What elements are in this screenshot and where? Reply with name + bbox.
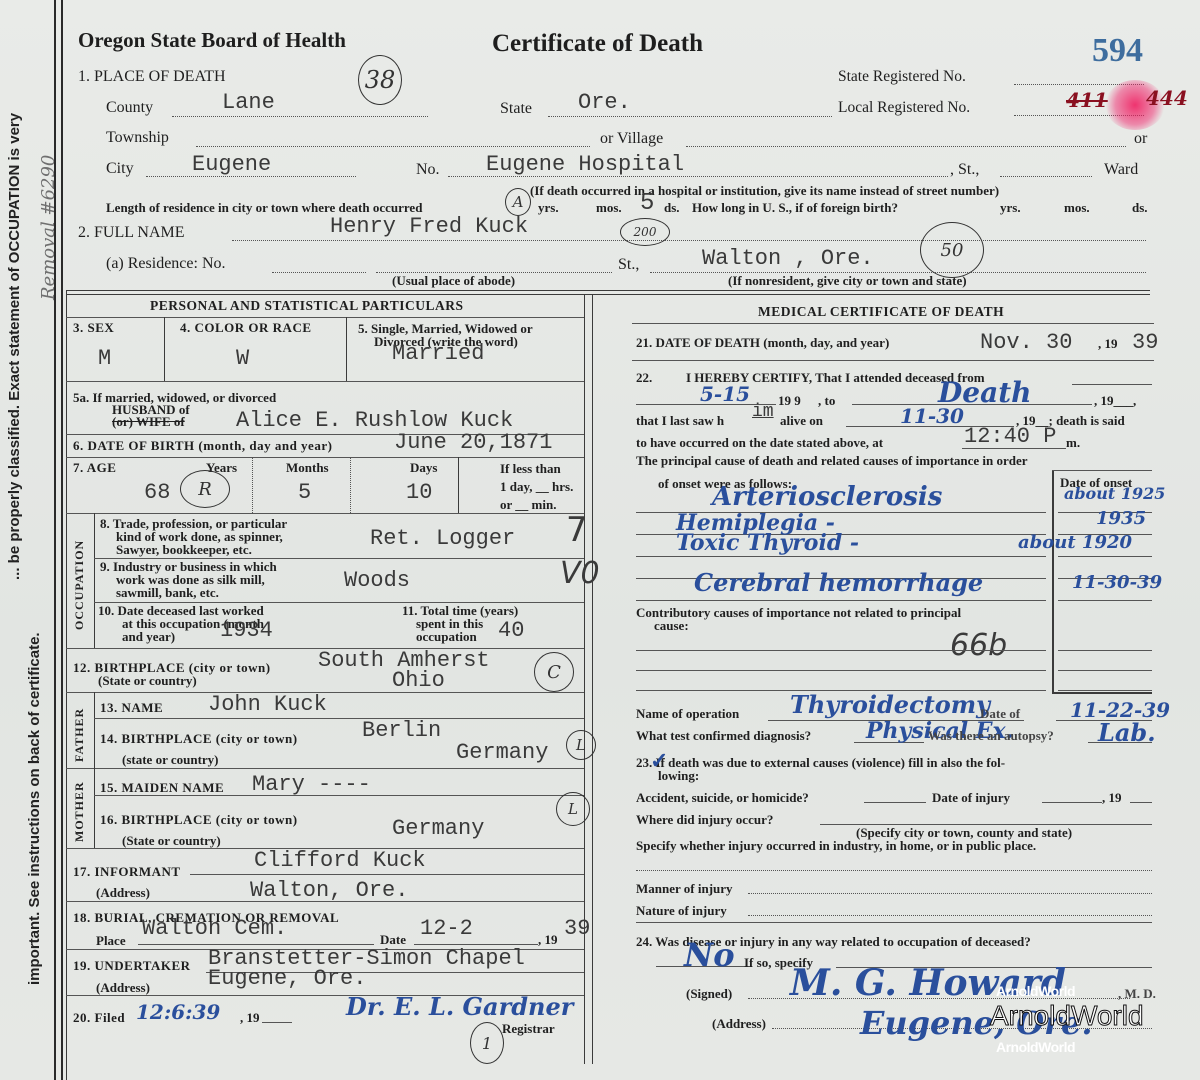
- state-label: State: [500, 100, 532, 118]
- contrib-line: [636, 670, 1046, 671]
- operation-label: Name of operation: [636, 706, 739, 722]
- circled-c: C: [534, 652, 574, 692]
- last-saw-pronoun: im: [752, 402, 774, 422]
- cell-divider: [252, 457, 253, 513]
- birthplace-label-2: (State or country): [98, 673, 197, 689]
- row-line: [94, 718, 584, 719]
- occupation-side-label: OCCUPATION: [72, 540, 87, 630]
- specify-label: Specify whether injury occurred in indus…: [636, 838, 1036, 854]
- medical-section-title: MEDICAL CERTIFICATE OF DEATH: [758, 304, 1004, 320]
- age-days-value: 10: [406, 480, 432, 505]
- accident-label: Accident, suicide, or homicide?: [636, 790, 809, 806]
- state-value: Ore.: [578, 90, 631, 115]
- onset-box-bottom: [1052, 692, 1152, 694]
- mother-birthplace-country: Germany: [392, 816, 484, 841]
- physician-address-label: (Address): [712, 1016, 766, 1032]
- circled-l-mother: L: [556, 792, 590, 826]
- less-day-3: or __ min.: [500, 497, 556, 513]
- trade-value: Ret. Logger: [370, 526, 515, 551]
- township-line: [196, 146, 590, 147]
- injury-date-label: Date of injury: [932, 790, 1010, 806]
- full-name-value: Henry Fred Kuck: [330, 214, 528, 239]
- undertaker-address-label: (Address): [96, 980, 150, 996]
- cause-5: Cerebral hemorrhage: [694, 568, 983, 597]
- full-name-line: [232, 240, 1146, 241]
- residence-st-label: St.,: [618, 256, 639, 274]
- row-line: [66, 381, 584, 382]
- filed-date: 12:6:39: [136, 1000, 220, 1024]
- contrib-onset-line: [1058, 670, 1152, 671]
- father-side-divider: [94, 692, 95, 768]
- informant-line: [190, 874, 584, 875]
- row-line: [66, 513, 584, 514]
- principal-cause-label: The principal cause of death and related…: [636, 453, 1028, 469]
- days-label: Days: [410, 460, 437, 476]
- foreign-birth-label: How long in U. S., if of foreign birth?: [692, 200, 898, 216]
- manner-line: [748, 893, 1152, 894]
- onset-1: about 1925: [1064, 484, 1165, 503]
- trade-label-3: Sawyer, bookkeeper, etc.: [116, 542, 252, 558]
- burial-year-prefix: , 19: [538, 932, 558, 948]
- last-worked-label-3: and year): [122, 629, 175, 645]
- county-line: [172, 116, 428, 117]
- industry-label-3: sawmill, bank, etc.: [116, 585, 219, 601]
- marital-value: Married: [392, 341, 484, 366]
- signed-label: (Signed): [686, 986, 732, 1002]
- test-label: What test confirmed diagnosis?: [636, 728, 811, 744]
- father-name-label: 13. NAME: [100, 700, 163, 716]
- cause-line: [636, 556, 1046, 557]
- cell-divider: [346, 317, 347, 381]
- local-registered-value: 444: [1146, 86, 1188, 110]
- yrs-label: yrs.: [538, 200, 559, 216]
- onset-header-line: [1052, 470, 1152, 471]
- certify-line: [1072, 384, 1152, 385]
- death-certificate: ... be properly classified. Exact statem…: [0, 0, 1200, 1080]
- circled-r: R: [180, 470, 230, 508]
- section-divider: [66, 294, 1150, 295]
- cell-divider: [458, 457, 459, 513]
- industry-code: V0: [560, 556, 600, 591]
- cause-3: Toxic Thyroid -: [676, 530, 859, 556]
- filed-label: 20. Filed: [73, 1010, 125, 1026]
- street-no-label: No.: [416, 161, 440, 179]
- st-line: [1000, 176, 1092, 177]
- less-day-2: 1 day, __ hrs.: [500, 479, 573, 495]
- contrib-onset-line: [1058, 690, 1152, 691]
- full-name-label: 2. FULL NAME: [78, 224, 185, 242]
- ds-label-2: ds.: [1132, 200, 1148, 216]
- ward-label: Ward: [1104, 161, 1138, 179]
- village-line: [686, 146, 1126, 147]
- state-registered-label: State Registered No.: [838, 68, 966, 86]
- row-line: [66, 317, 584, 318]
- age-months-value: 5: [298, 480, 311, 505]
- injury-year-label: , 19: [1102, 790, 1122, 806]
- injury-date-line: [1042, 802, 1102, 803]
- to-label: , to: [818, 393, 835, 409]
- circled-l-father: L: [566, 730, 596, 760]
- personal-section-title: PERSONAL AND STATISTICAL PARTICULARS: [150, 298, 463, 314]
- mother-birthplace-label-1: 16. BIRTHPLACE (city or town): [100, 812, 298, 828]
- burial-place: Walton Cem.: [142, 916, 287, 941]
- operation-value: Thyroidectomy: [790, 690, 990, 719]
- race-value: W: [236, 346, 249, 371]
- abode-note: (Usual place of abode): [392, 273, 515, 289]
- autopsy-label: Was there an autopsy?: [928, 728, 1054, 744]
- mother-maiden-value: Mary ----: [252, 772, 371, 797]
- father-birthplace-label-1: 14. BIRTHPLACE (city or town): [100, 731, 298, 747]
- burial-place-label: Place: [96, 933, 126, 949]
- margin-instruction-line2: important. See instructions on back of c…: [26, 632, 43, 985]
- alive-on-label: alive on: [780, 413, 823, 429]
- last-saw-date: 11-30: [900, 404, 964, 428]
- watermark-small-top: ArnoldWorld: [996, 983, 1075, 999]
- residence-no-line: [272, 272, 366, 273]
- row-line: [66, 457, 584, 458]
- contributory-label-2: cause:: [654, 618, 689, 634]
- dob-label: 6. DATE OF BIRTH (month, day and year): [73, 438, 332, 454]
- mos-label-2: mos.: [1064, 200, 1090, 216]
- place-of-death-label: 1. PLACE OF DEATH: [78, 68, 226, 86]
- dob-value: June 20,1871: [394, 430, 552, 455]
- watermark-small-bottom: ArnoldWorld: [996, 1039, 1075, 1055]
- contrib-onset-line: [1058, 650, 1152, 651]
- certify-num: 22.: [636, 370, 652, 386]
- cell-divider: [164, 317, 165, 381]
- trade-code: 7: [566, 510, 588, 550]
- specify-line: [636, 870, 1152, 871]
- birthplace-state-value: Ohio: [392, 668, 445, 693]
- burial-year: 39: [564, 916, 590, 941]
- burial-date: 12-2: [420, 916, 473, 941]
- circled-a: A: [505, 188, 531, 216]
- column-divider: [592, 294, 593, 1064]
- death-year: 39: [1132, 330, 1158, 355]
- industry-value: Woods: [344, 568, 410, 593]
- row-line: [636, 922, 1152, 923]
- cause-1: Arteriosclerosis: [712, 482, 942, 512]
- sex-label: 3. SEX: [73, 320, 114, 336]
- nature-line: [748, 915, 1152, 916]
- occurred-label: to have occurred on the date stated abov…: [636, 435, 883, 451]
- certificate-title: Certificate of Death: [492, 30, 703, 58]
- attended-from: 5-15: [700, 382, 750, 406]
- father-birthplace-label-2: (state or country): [122, 752, 219, 768]
- father-birthplace-city: Berlin: [362, 718, 441, 743]
- registrar-label: Registrar: [502, 1021, 555, 1037]
- injury-year-line: [1130, 802, 1152, 803]
- margin-rule: [61, 0, 63, 1080]
- row-line: [632, 323, 1154, 324]
- age-label: 7. AGE: [73, 460, 116, 476]
- watermark-big: ArnoldWorld: [990, 1000, 1144, 1032]
- local-registered-label: Local Registered No.: [838, 99, 970, 117]
- circled-200: 200: [620, 218, 670, 246]
- county-value: Lane: [222, 90, 275, 115]
- death-date: Nov. 30: [980, 330, 1072, 355]
- residence-value: Walton , Ore.: [702, 246, 874, 271]
- circled-1: 1: [470, 1022, 504, 1064]
- total-time-label-3: occupation: [416, 629, 477, 645]
- yrs-label-2: yrs.: [1000, 200, 1021, 216]
- father-birthplace-country: Germany: [456, 740, 548, 765]
- city-value: Eugene: [192, 152, 271, 177]
- state-line: [548, 116, 832, 117]
- attended-year: 19 9: [778, 393, 801, 409]
- left-margin: ... be properly classified. Exact statem…: [0, 0, 60, 1080]
- burial-date-line: [414, 944, 538, 945]
- year-blank: , 19___,: [1094, 393, 1136, 409]
- onset-column-divider: [1052, 470, 1054, 692]
- hospital-note: (If death occurred in a hospital or inst…: [530, 183, 999, 199]
- onset-line: [1058, 600, 1152, 601]
- onset-5: 11-30-39: [1072, 572, 1162, 593]
- father-name-value: John Kuck: [208, 692, 327, 717]
- or-label: or: [1134, 130, 1147, 148]
- death-time: 12:40 P: [964, 424, 1056, 449]
- margin-instruction-line1: ... be properly classified. Exact statem…: [6, 113, 23, 580]
- row-line: [94, 795, 584, 796]
- external-label-2: lowing:: [658, 768, 699, 784]
- undertaker-address: Eugene, Ore.: [208, 966, 366, 991]
- filed-year-line: [262, 1022, 292, 1023]
- mother-birthplace-label-2: (State or country): [122, 833, 221, 849]
- left-border: [66, 290, 67, 1080]
- residence-label: (a) Residence: No.: [106, 255, 226, 273]
- where-label: Where did injury occur?: [636, 812, 773, 828]
- age-years-value: 68: [144, 480, 170, 505]
- less-day-1: If less than: [500, 461, 561, 477]
- informant-name: Clifford Kuck: [254, 848, 426, 873]
- village-label: or Village: [600, 130, 663, 148]
- informant-label: 17. INFORMANT: [73, 864, 181, 880]
- months-label: Months: [286, 460, 329, 476]
- cell-divider: [350, 457, 351, 513]
- section-divider: [66, 290, 1150, 291]
- race-label: 4. COLOR OR RACE: [180, 320, 312, 336]
- county-label: County: [106, 99, 153, 117]
- manner-label: Manner of injury: [636, 881, 733, 897]
- stamp-number: 594: [1092, 32, 1143, 70]
- township-label: Township: [106, 129, 169, 147]
- board-title: Oregon State Board of Health: [78, 28, 346, 53]
- ds-label: ds.: [664, 200, 680, 216]
- institution-value: Eugene Hospital: [486, 152, 684, 177]
- occupation-side-divider: [94, 513, 95, 648]
- spouse-label-3: (or) WIFE of: [112, 414, 185, 430]
- undertaker-label: 19. UNDERTAKER: [73, 958, 191, 974]
- burial-place-line: [138, 944, 374, 945]
- total-time-value: 40: [498, 618, 524, 643]
- informant-address: Walton, Ore.: [250, 878, 408, 903]
- st-label: , St.,: [950, 161, 979, 179]
- row-line: [66, 901, 584, 902]
- onset-2: 1935: [1096, 508, 1146, 529]
- informant-address-label: (Address): [96, 885, 150, 901]
- circled-50: 50: [920, 222, 984, 278]
- circled-38: 38: [358, 55, 402, 105]
- death-time-line: [962, 448, 1066, 449]
- sex-value: M: [98, 346, 111, 371]
- onset-line: [1058, 556, 1152, 557]
- residence-days-value: 5: [640, 190, 654, 217]
- column-divider: [584, 294, 585, 1064]
- contributory-code: 66b: [950, 628, 1007, 663]
- cause-line: [636, 600, 1046, 601]
- death-date-label: 21. DATE OF DEATH (month, day, and year): [636, 335, 889, 351]
- local-registered-struck: 411: [1066, 88, 1108, 112]
- father-side-label: FATHER: [72, 708, 87, 762]
- margin-rule: [54, 0, 56, 1080]
- mother-maiden-label: 15. MAIDEN NAME: [100, 780, 224, 796]
- autopsy-value: Lab.: [1098, 718, 1156, 747]
- mother-side-divider: [94, 768, 95, 848]
- death-year-prefix: , 19: [1098, 336, 1118, 352]
- row-line: [632, 360, 1154, 361]
- row-line: [66, 768, 584, 769]
- time-suffix: m.: [1066, 435, 1080, 451]
- city-label: City: [106, 160, 134, 178]
- accident-line: [864, 802, 926, 803]
- last-worked-value: 1934: [220, 618, 273, 643]
- nonresident-note: (If nonresident, give city or town and s…: [728, 273, 967, 289]
- mother-side-label: MOTHER: [72, 781, 87, 842]
- contrib-line: [636, 650, 1046, 651]
- filed-year-suffix: , 19: [240, 1010, 260, 1026]
- mos-label: mos.: [596, 200, 622, 216]
- onset-3: about 1920: [1018, 532, 1132, 553]
- last-saw-label: that I last saw h: [636, 413, 724, 429]
- nature-label: Nature of injury: [636, 903, 727, 919]
- registrar-signature: Dr. E. L. Gardner: [346, 992, 573, 1021]
- occupational-answer: No: [684, 936, 735, 974]
